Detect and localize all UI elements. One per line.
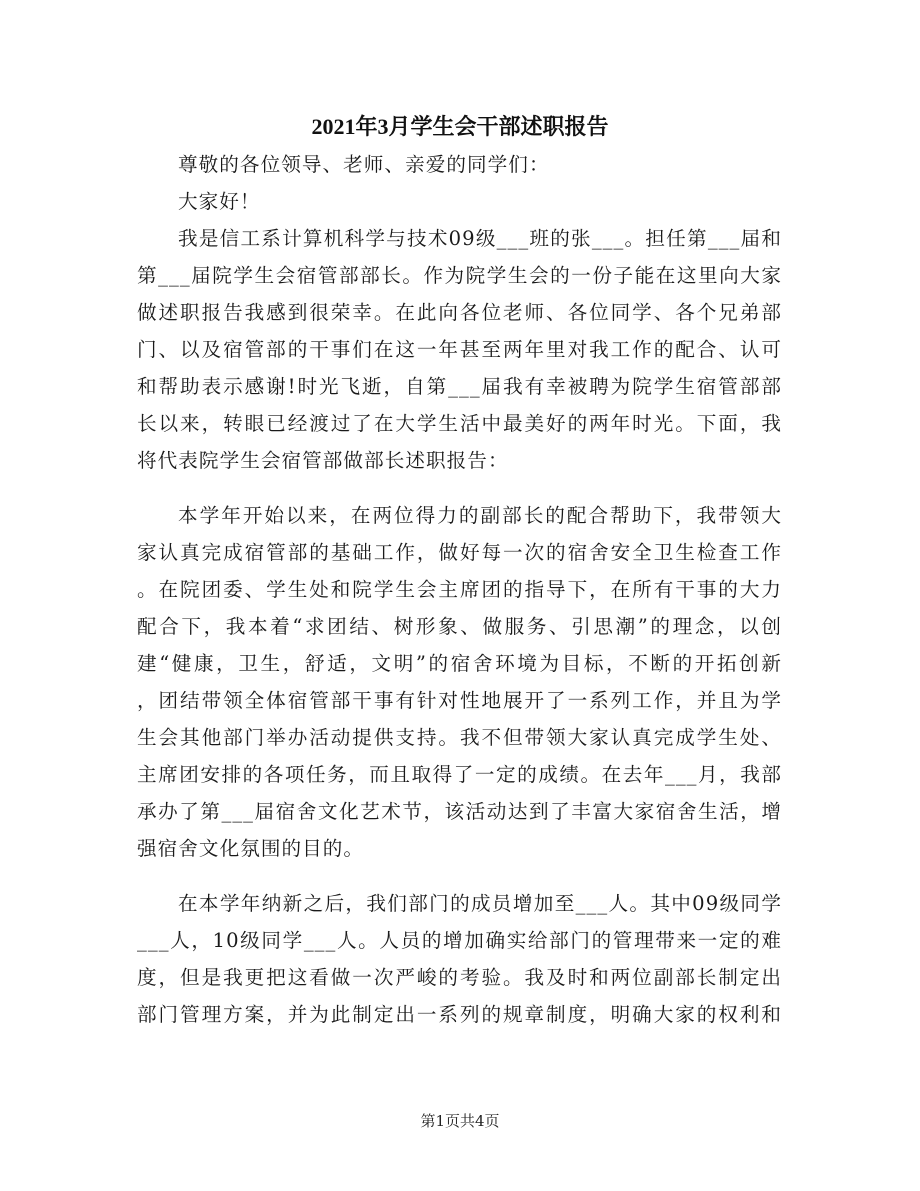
paragraph-line: 将代表院学生会宿管部做部长述职报告： bbox=[137, 448, 782, 474]
paragraph-line: 在本学年纳新之后，我们部门的成员增加至___人。其中09级同学 bbox=[178, 891, 782, 917]
paragraph-line: 和帮助表示感谢!时光飞逝，自第___届我有幸被聘为院学生宿管部部 bbox=[137, 374, 782, 400]
paragraph-line: 尊敬的各位领导、老师、亲爱的同学们： bbox=[178, 152, 782, 178]
paragraph-line: 部门管理方案，并为此制定出一系列的规章制度，明确大家的权利和 bbox=[137, 1002, 782, 1028]
paragraph-line: 大家好！ bbox=[178, 189, 782, 215]
paragraph-line: 我是信工系计算机科学与技术09级___班的张___。担任第___届和 bbox=[178, 226, 782, 252]
paragraph-line: 本学年开始以来，在两位得力的副部长的配合帮助下，我带领大 bbox=[178, 503, 782, 529]
paragraph-line: ___人，10级同学___人。人员的增加确实给部门的管理带来一定的难 bbox=[137, 928, 782, 954]
paragraph-line: 第___届院学生会宿管部部长。作为院学生会的一份子能在这里向大家 bbox=[137, 263, 782, 289]
document-page: 2021年3月学生会干部述职报告 尊敬的各位领导、老师、亲爱的同学们：大家好！我… bbox=[0, 0, 920, 1191]
paragraph-line: 长以来，转眼已经渡过了在大学生活中最美好的两年时光。下面，我 bbox=[137, 411, 782, 437]
paragraph-line: 建“健康，卫生，舒适，文明”的宿舍环境为目标，不断的开拓创新 bbox=[137, 651, 782, 677]
paragraph-line: 家认真完成宿管部的基础工作，做好每一次的宿舍安全卫生检查工作 bbox=[137, 540, 782, 566]
document-title: 2021年3月学生会干部述职报告 bbox=[0, 110, 920, 141]
paragraph-line: 配合下，我本着“求团结、树形象、做服务、引思潮”的理念，以创 bbox=[137, 614, 782, 640]
paragraph-line: 强宿舍文化氛围的目的。 bbox=[137, 836, 782, 862]
paragraph-line: ，团结带领全体宿管部干事有针对性地展开了一系列工作，并且为学 bbox=[137, 688, 782, 714]
paragraph-line: 承办了第___届宿舍文化艺术节，该活动达到了丰富大家宿舍生活，增 bbox=[137, 799, 782, 825]
page-indicator: 第1页共4页 bbox=[0, 1110, 920, 1131]
paragraph-line: 主席团安排的各项任务，而且取得了一定的成绩。在去年___月，我部 bbox=[137, 762, 782, 788]
paragraph-line: 。在院团委、学生处和院学生会主席团的指导下，在所有干事的大力 bbox=[137, 577, 782, 603]
paragraph-line: 生会其他部门举办活动提供支持。我不但带领大家认真完成学生处、 bbox=[137, 725, 782, 751]
paragraph-line: 度，但是我更把这看做一次严峻的考验。我及时和两位副部长制定出 bbox=[137, 965, 782, 991]
paragraph-line: 做述职报告我感到很荣幸。在此向各位老师、各位同学、各个兄弟部 bbox=[137, 300, 782, 326]
paragraph-line: 门、以及宿管部的干事们在这一年甚至两年里对我工作的配合、认可 bbox=[137, 337, 782, 363]
